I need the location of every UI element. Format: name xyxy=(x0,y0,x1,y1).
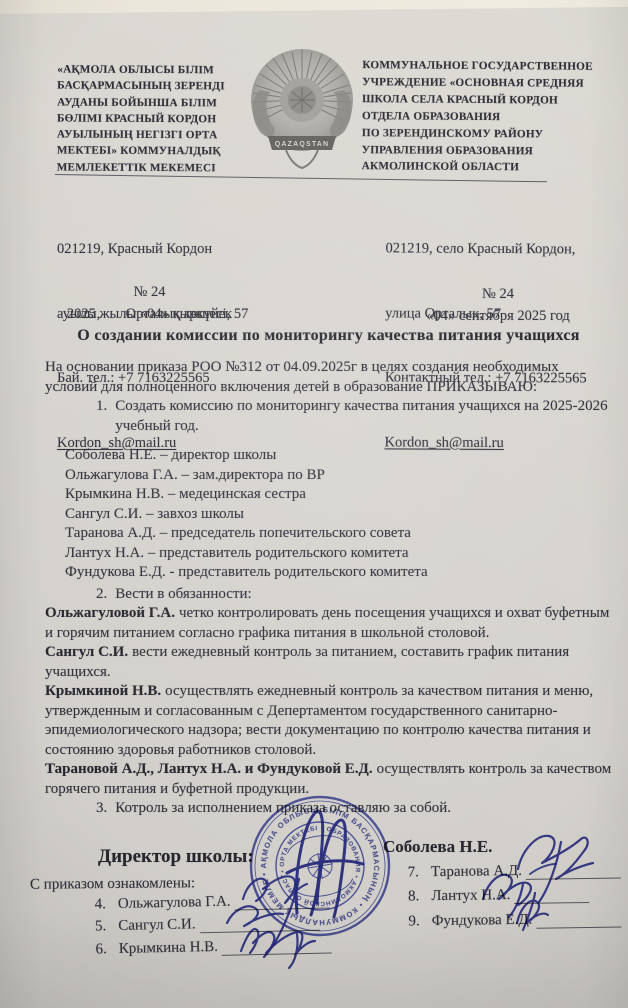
commission-members-list: Соболева Н.Е. – директор школы Ольжагуло… xyxy=(65,446,612,583)
letterhead-line: БӨЛІМІ КРАСНЫЙ КОРДОН xyxy=(57,110,252,127)
signer-name: Крымкина Н.В. xyxy=(119,938,219,957)
signer-number: 4. xyxy=(94,896,106,913)
item-text: Создать комиссию по мониторингу качества… xyxy=(115,397,612,436)
signers-right-list: 7. Таранова А.Д. 8. Лантух Н.А. 9. Фунду… xyxy=(407,854,621,930)
order-title: О создании комиссии по мониторингу качес… xyxy=(45,327,612,345)
document-photo: «АҚМОЛА ОБЛЫСЫ БІЛІМ БАСҚАРМАСЫНЫҢ ЗЕРЕН… xyxy=(0,0,628,1008)
letterhead-line: ШКОЛА СЕЛА КРАСНЫЙ КОРДОН xyxy=(362,91,602,110)
letterhead-russian: КОММУНАЛЬНОЕ ГОСУДАРСТВЕННОЕ УЧРЕЖДЕНИЕ … xyxy=(362,57,603,177)
item-text: Котроль за исполнением приказа оставляю … xyxy=(115,799,451,819)
director-name: Соболева Н.Е. xyxy=(383,837,492,857)
address-line: 021219, село Красный Кордон, xyxy=(385,238,615,261)
signer-number: 6. xyxy=(95,941,107,958)
member-row: Ольжагулова Г.А. – зам.директора по ВР xyxy=(65,466,612,486)
letterhead-line: УЧРЕЖДЕНИЕ «ОСНОВНАЯ СРЕДНЯЯ xyxy=(362,74,602,93)
order-number: № 24 xyxy=(57,281,242,303)
order-number: № 24 xyxy=(403,283,593,305)
duty-paragraph: Ольжагуловой Г.А.четко контролировать де… xyxy=(45,604,612,643)
member-row: Таранова А.Д. – председатель попечительс… xyxy=(65,524,612,544)
item-text: Вести в обязанности: xyxy=(115,585,251,605)
item-number: 3. xyxy=(96,799,107,819)
signer-number: 9. xyxy=(408,913,419,930)
duty-person: Сангул С.И. xyxy=(45,644,128,660)
duty-person: Ольжагуловой Г.А. xyxy=(45,605,175,621)
director-label: Директор школы: xyxy=(98,846,254,868)
order-date: «04» сентября 2025 год xyxy=(403,305,593,327)
letterhead-line: МЕКТЕБІ» КОММУНАЛДЫҚ xyxy=(57,143,252,160)
order-date: 2025 жылы «04» қыркүйек xyxy=(57,303,242,325)
member-row: Крымкина Н.В. – медецинская сестра xyxy=(65,485,612,505)
signer-number: 7. xyxy=(408,864,419,881)
address-line: 021219, Красный Кордон xyxy=(57,239,282,261)
duty-paragraph: Крымкиной Н.В.осуществлять ежедневный ко… xyxy=(45,682,612,760)
order-item-3: 3. Котроль за исполнением приказа оставл… xyxy=(45,799,612,819)
letterhead-kazakh: «АҚМОЛА ОБЛЫСЫ БІЛІМ БАСҚАРМАСЫНЫҢ ЗЕРЕН… xyxy=(57,61,253,176)
signer-number: 8. xyxy=(408,888,419,905)
signer-name: Лантух Н.А. xyxy=(431,887,510,905)
signer-row: 9. Фундукова Е.Д. xyxy=(408,903,622,930)
signature-line xyxy=(536,926,621,928)
document-page: «АҚМОЛА ОБЛЫСЫ БІЛІМ БАСҚАРМАСЫНЫҢ ЗЕРЕН… xyxy=(0,0,628,1008)
letterhead-line: ПО ЗЕРЕНДИНСКОМУ РАЙОНУ xyxy=(362,125,602,144)
order-item-2: 2. Вести в обязанности: xyxy=(45,585,612,605)
signer-row: 8. Лантух Н.А. xyxy=(408,878,622,905)
duty-person: Тарановой А.Д., Лантух Н.А. и Фундуковой… xyxy=(45,761,373,777)
letterhead-line: АКМОЛИНСКОЙ ОБЛАСТИ xyxy=(362,159,602,178)
letterhead-line: УПРАВЛЕНИЯ ОБРАЗОВАНИЯ xyxy=(362,142,602,161)
item-number: 2. xyxy=(96,585,107,605)
emblem-banner-text: QAZAQSTAN xyxy=(275,141,330,148)
letterhead-line: АУЫЛЫНЫҢ НЕГІЗГІ ОРТА xyxy=(57,127,252,144)
order-number-russian: № 24 «04» сентября 2025 год xyxy=(403,283,593,327)
member-row: Фундукова Е.Д. - представитель родительс… xyxy=(65,563,612,583)
duty-person: Крымкиной Н.В. xyxy=(45,683,161,699)
letterhead-line: БАСҚАРМАСЫНЫҢ ЗЕРЕНДІ xyxy=(57,78,252,95)
letterhead-line: «АҚМОЛА ОБЛЫСЫ БІЛІМ xyxy=(57,61,252,78)
order-item-1: 1. Создать комиссию по мониторингу качес… xyxy=(45,397,612,436)
letterhead-line: ОТДЕЛА ОБРАЗОВАНИЯ xyxy=(362,108,602,127)
signer-name: Ольжагулова Г.А. xyxy=(118,893,231,912)
duty-paragraph: Тарановой А.Д., Лантух Н.А. и Фундуковой… xyxy=(45,760,612,799)
letterhead-line: АУДАНЫ БОЙЫНША БІЛІМ xyxy=(57,94,252,111)
signature-line xyxy=(222,952,332,955)
order-body: На основании приказа РОО №312 от 04.09.2… xyxy=(45,358,612,819)
signer-number: 5. xyxy=(95,918,107,935)
signer-name: Таранова А.Д. xyxy=(431,862,522,880)
intro-paragraph: На основании приказа РОО №312 от 04.09.2… xyxy=(45,358,612,397)
signer-name: Сангул С.И. xyxy=(118,916,196,935)
member-row: Сангул С.И. – завхоз школы xyxy=(65,505,612,525)
member-row: Лантух Н.А. – представитель родительског… xyxy=(65,544,612,564)
order-number-kazakh: № 24 2025 жылы «04» қыркүйек xyxy=(57,281,242,325)
member-row: Соболева Н.Е. – директор школы xyxy=(65,446,612,466)
signer-name: Фундукова Е.Д. xyxy=(432,911,533,929)
item-number: 1. xyxy=(96,397,107,436)
letterhead-line: КОММУНАЛЬНОЕ ГОСУДАРСТВЕННОЕ xyxy=(362,57,602,76)
signers-left-list: 4. Ольжагулова Г.А. 5. Сангул С.И. 6. Кр… xyxy=(94,886,332,958)
kazakhstan-emblem-icon: QAZAQSTAN xyxy=(246,40,358,172)
signer-row: 7. Таранова А.Д. xyxy=(407,854,621,881)
duty-paragraph: Сангул С.И.вести ежедневный контроль за … xyxy=(45,643,612,682)
